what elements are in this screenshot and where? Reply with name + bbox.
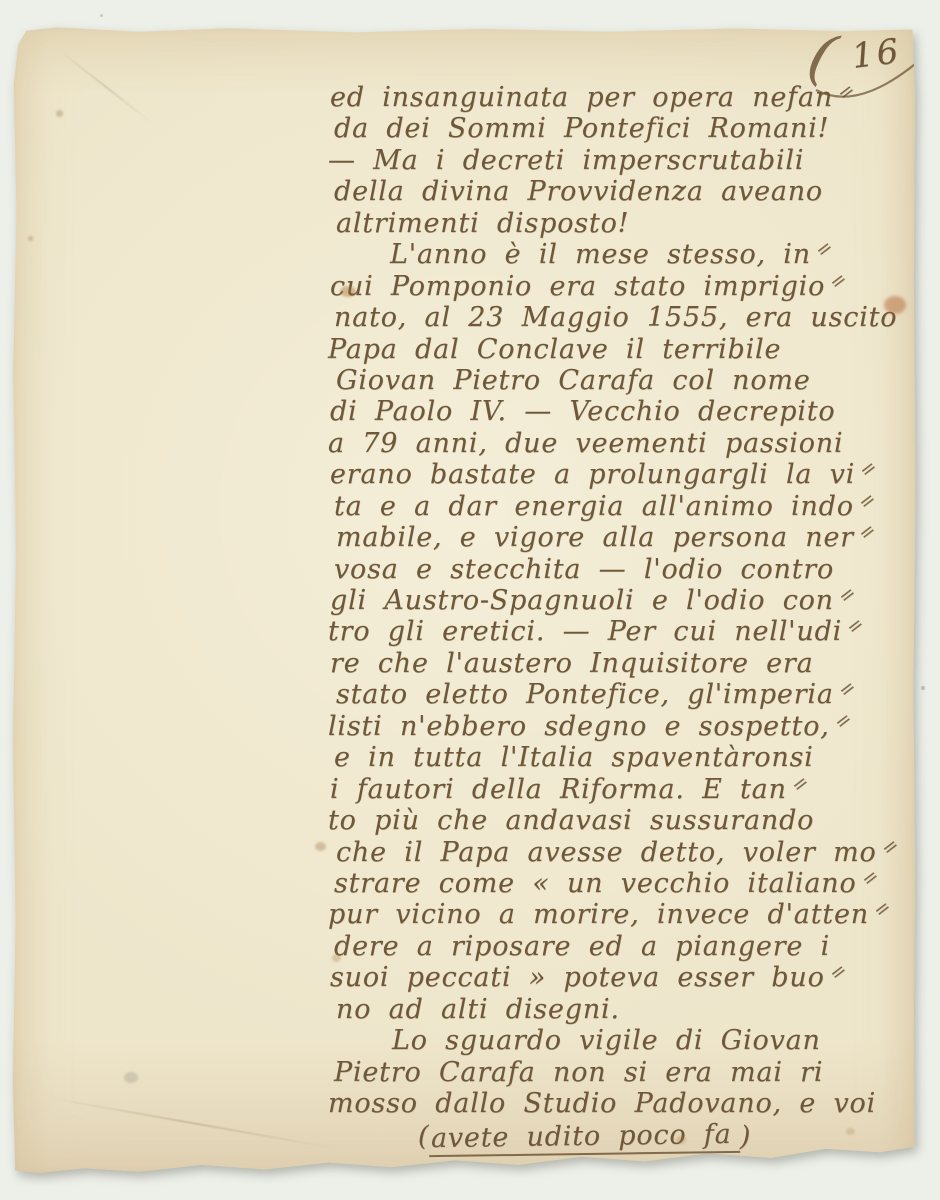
manuscript-line: strare come « un vecchio italiano= — [334, 868, 916, 899]
manuscript-line: erano bastate a prolungargli la vi= — [330, 459, 916, 490]
manuscript-line-text: re che l'austero Inquisitore era — [330, 648, 814, 679]
manuscript-line: Papa dal Conclave il terribile — [328, 334, 916, 365]
catchword-text: avete udito poco fa — [429, 1119, 740, 1157]
foxing-stain — [28, 236, 33, 241]
manuscript-line: mabile, e vigore alla persona ner= — [336, 522, 916, 553]
foxing-stain — [676, 1136, 686, 1144]
manuscript-line-text: mabile, e vigore alla persona ner — [336, 522, 854, 553]
manuscript-line-text: ta e a dar energia all'animo indo — [334, 491, 854, 522]
manuscript-line-text: di Paolo IV. — Vecchio decrepito — [330, 396, 835, 427]
manuscript-line-text: tro gli eretici. — Per cui nell'udi — [328, 616, 842, 647]
dust-speck — [100, 14, 103, 17]
paper-shadow-wrap: ( 16 ed insanguinata per opera nefan=da … — [12, 26, 916, 1174]
manuscript-line-text: strare come « un vecchio italiano — [334, 868, 857, 899]
manuscript-line: dere a riposare ed a piangere i — [334, 931, 916, 962]
manuscript-line: Pietro Carafa non si era mai ri — [334, 1057, 916, 1088]
manuscript-line-text: nato, al 23 Maggio 1555, era uscito — [334, 302, 897, 333]
manuscript-line-text: della divina Provvidenza aveano — [334, 176, 823, 207]
catchword-open-paren: ( — [418, 1121, 429, 1152]
manuscript-line: a 79 anni, due veementi passioni — [328, 428, 916, 459]
foxing-stain — [846, 1128, 855, 1135]
manuscript-lines: ed insanguinata per opera nefan=da dei S… — [330, 82, 916, 1119]
manuscript-line: e in tutta l'Italia spaventàronsi — [334, 742, 916, 773]
manuscript-line: no ad alti disegni. — [336, 994, 916, 1025]
manuscript-line: che il Papa avesse detto, voler mo= — [336, 837, 916, 868]
manuscript-paper: ( 16 ed insanguinata per opera nefan=da … — [12, 26, 916, 1174]
manuscript-line: stato eletto Pontefice, gl'imperia= — [336, 679, 916, 710]
manuscript-line: re che l'austero Inquisitore era — [330, 648, 916, 679]
manuscript-line-text: ed insanguinata per opera nefan — [330, 82, 833, 113]
manuscript-line-text: suoi peccati » poteva esser buo — [330, 962, 825, 993]
manuscript-line: to più che andavasi sussurando — [328, 805, 916, 836]
manuscript-line-text: no ad alti disegni. — [336, 994, 620, 1025]
manuscript-line: tro gli eretici. — Per cui nell'udi= — [328, 616, 916, 647]
paper-crease — [44, 1096, 340, 1150]
catchword-close-paren: ) — [740, 1121, 751, 1152]
manuscript-line: di Paolo IV. — Vecchio decrepito — [330, 396, 916, 427]
manuscript-line: vosa e stecchita — l'odio contro — [334, 554, 916, 585]
manuscript-line-text: dere a riposare ed a piangere i — [334, 931, 830, 962]
manuscript-line: pur vicino a morire, invece d'atten= — [328, 899, 916, 930]
manuscript-line: L'anno è il mese stesso, in= — [328, 239, 916, 270]
manuscript-line-text: Pietro Carafa non si era mai ri — [334, 1057, 823, 1088]
foxing-stain — [124, 1072, 138, 1083]
foxing-stain — [340, 286, 356, 297]
dust-speck — [921, 686, 925, 690]
manuscript-line: da dei Sommi Pontefici Romani! — [334, 113, 916, 144]
manuscript-line-text: a 79 anni, due veementi passioni — [328, 428, 843, 459]
manuscript-line: cui Pomponio era stato imprigio= — [330, 271, 916, 302]
manuscript-line-text: da dei Sommi Pontefici Romani! — [334, 113, 829, 144]
manuscript-line-text: Papa dal Conclave il terribile — [328, 334, 781, 365]
manuscript-line-text: pur vicino a morire, invece d'atten — [328, 899, 869, 930]
manuscript-line: gli Austro-Spagnuoli e l'odio con= — [330, 585, 916, 616]
manuscript-line-text: listi n'ebbero sdegno e sospetto, — [328, 711, 830, 742]
foxing-stain — [884, 296, 906, 314]
manuscript-line: — Ma i decreti imperscrutabili — [328, 145, 916, 176]
manuscript-line: della divina Provvidenza aveano — [334, 176, 916, 207]
manuscript-line: Lo sguardo vigile di Giovan — [330, 1025, 916, 1056]
manuscript-line: ta e a dar energia all'animo indo= — [334, 491, 916, 522]
manuscript-line: mosso dallo Studio Padovano, e voi — [328, 1088, 916, 1119]
manuscript-line: suoi peccati » poteva esser buo= — [330, 962, 916, 993]
manuscript-line-text: gli Austro-Spagnuoli e l'odio con — [330, 585, 834, 616]
manuscript-line-text: cui Pomponio era stato imprigio — [330, 271, 825, 302]
manuscript-line-text: mosso dallo Studio Padovano, e voi — [328, 1088, 876, 1119]
catchword-line: (avete udito poco fa) — [418, 1121, 916, 1155]
page-number: 16 — [850, 31, 904, 77]
manuscript-line: altrimenti disposto! — [336, 208, 916, 239]
foxing-stain — [332, 954, 341, 962]
manuscript-line-text: — Ma i decreti imperscrutabili — [328, 145, 804, 176]
manuscript-line-text: i fautori della Riforma. E tan — [330, 774, 787, 805]
manuscript-line-text: to più che andavasi sussurando — [328, 805, 814, 836]
foxing-stain — [56, 110, 63, 117]
manuscript-text: ed insanguinata per opera nefan=da dei S… — [330, 82, 916, 1155]
manuscript-line-text: vosa e stecchita — l'odio contro — [334, 554, 834, 585]
manuscript-line-text: Giovan Pietro Carafa col nome — [336, 365, 811, 396]
manuscript-line: i fautori della Riforma. E tan= — [330, 774, 916, 805]
manuscript-line-text: Lo sguardo vigile di Giovan — [392, 1025, 821, 1056]
paper-crease — [58, 49, 154, 124]
foxing-stain — [315, 842, 326, 851]
manuscript-line-text: erano bastate a prolungargli la vi — [330, 459, 855, 490]
manuscript-line: nato, al 23 Maggio 1555, era uscito — [334, 302, 916, 333]
manuscript-line: listi n'ebbero sdegno e sospetto,= — [328, 711, 916, 742]
manuscript-line-text: e in tutta l'Italia spaventàronsi — [334, 742, 814, 773]
manuscript-line-text: L'anno è il mese stesso, in — [390, 239, 811, 270]
manuscript-line-text: stato eletto Pontefice, gl'imperia — [336, 679, 834, 710]
manuscript-line-text: che il Papa avesse detto, voler mo — [336, 837, 877, 868]
manuscript-line: ed insanguinata per opera nefan= — [330, 82, 916, 113]
manuscript-line: Giovan Pietro Carafa col nome — [336, 365, 916, 396]
manuscript-line-text: altrimenti disposto! — [336, 208, 629, 239]
